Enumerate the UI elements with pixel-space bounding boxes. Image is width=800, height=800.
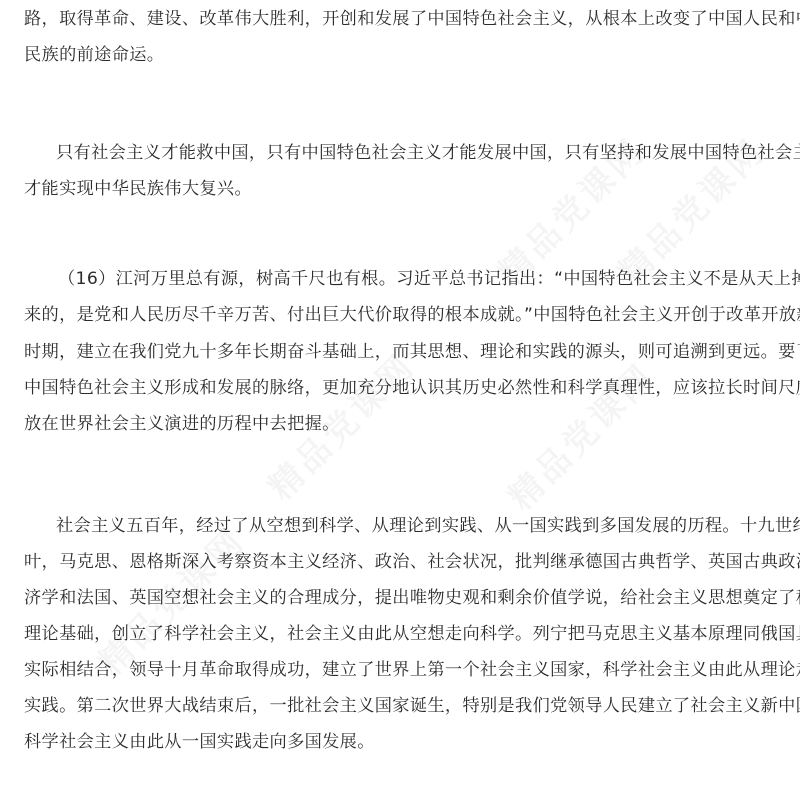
paragraph-3-line-5: 放在世界社会主义演进的历程中去把握。 xyxy=(24,413,340,435)
paragraph-4-line-6: 实践。第二次世界大战结束后，一批社会主义国家诞生，特别是我们党领导人民建立了社会… xyxy=(24,695,800,717)
paragraph-4-line-4: 理论基础，创立了科学社会主义，社会主义由此从空想走向科学。列宁把马克思主义基本原… xyxy=(24,623,800,645)
paragraph-3-line-2: 来的，是党和人民历尽千辛万苦、付出巨大代价取得的根本成就。”中国特色社会主义开创… xyxy=(24,304,800,326)
paragraph-4-line-2: 叶，马克思、恩格斯深入考察资本主义经济、政治、社会状况，批判继承德国古典哲学、英… xyxy=(24,551,800,573)
paragraph-1-line-1: 路，取得革命、建设、改革伟大胜利，开创和发展了中国特色社会主义，从根本上改变了中… xyxy=(24,8,800,30)
watermark: 精品党课网 xyxy=(495,350,664,519)
paragraph-3-line-3: 时期，建立在我们党九十多年长期奋斗基础上，而其思想、理论和实践的源头，则可追溯到… xyxy=(24,341,800,363)
document-page: 精品党课网 精品党课网 精品党课网 精品党课网 精品党课网 路，取得革命、建设、… xyxy=(0,0,800,800)
paragraph-4-line-3: 济学和法国、英国空想社会主义的合理成分，提出唯物史观和剩余价值学说，给社会主义思… xyxy=(24,587,800,609)
paragraph-4-line-7: 科学社会主义由此从一国实践走向多国发展。 xyxy=(24,731,375,753)
paragraph-3-line-4: 中国特色社会主义形成和发展的脉络，更加充分地认识其历史必然性和科学真理性，应该拉… xyxy=(24,377,800,399)
paragraph-4-line-1: 社会主义五百年，经过了从空想到科学、从理论到实践、从一国实践到多国发展的历程。十… xyxy=(56,515,800,537)
paragraph-2-line-1: 只有社会主义才能救中国，只有中国特色社会主义才能发展中国，只有坚持和发展中国特色… xyxy=(56,142,800,164)
paragraph-2-line-2: 才能实现中华民族伟大复兴。 xyxy=(24,178,252,200)
paragraph-4-line-5: 实际相结合，领导十月革命取得成功，建立了世界上第一个社会主义国家，科学社会主义由… xyxy=(24,659,800,681)
paragraph-3-line-1: （16）江河万里总有源，树高千尺也有根。习近平总书记指出：“中国特色社会主义不是… xyxy=(58,268,800,290)
paragraph-1-line-2: 民族的前途命运。 xyxy=(24,44,164,66)
